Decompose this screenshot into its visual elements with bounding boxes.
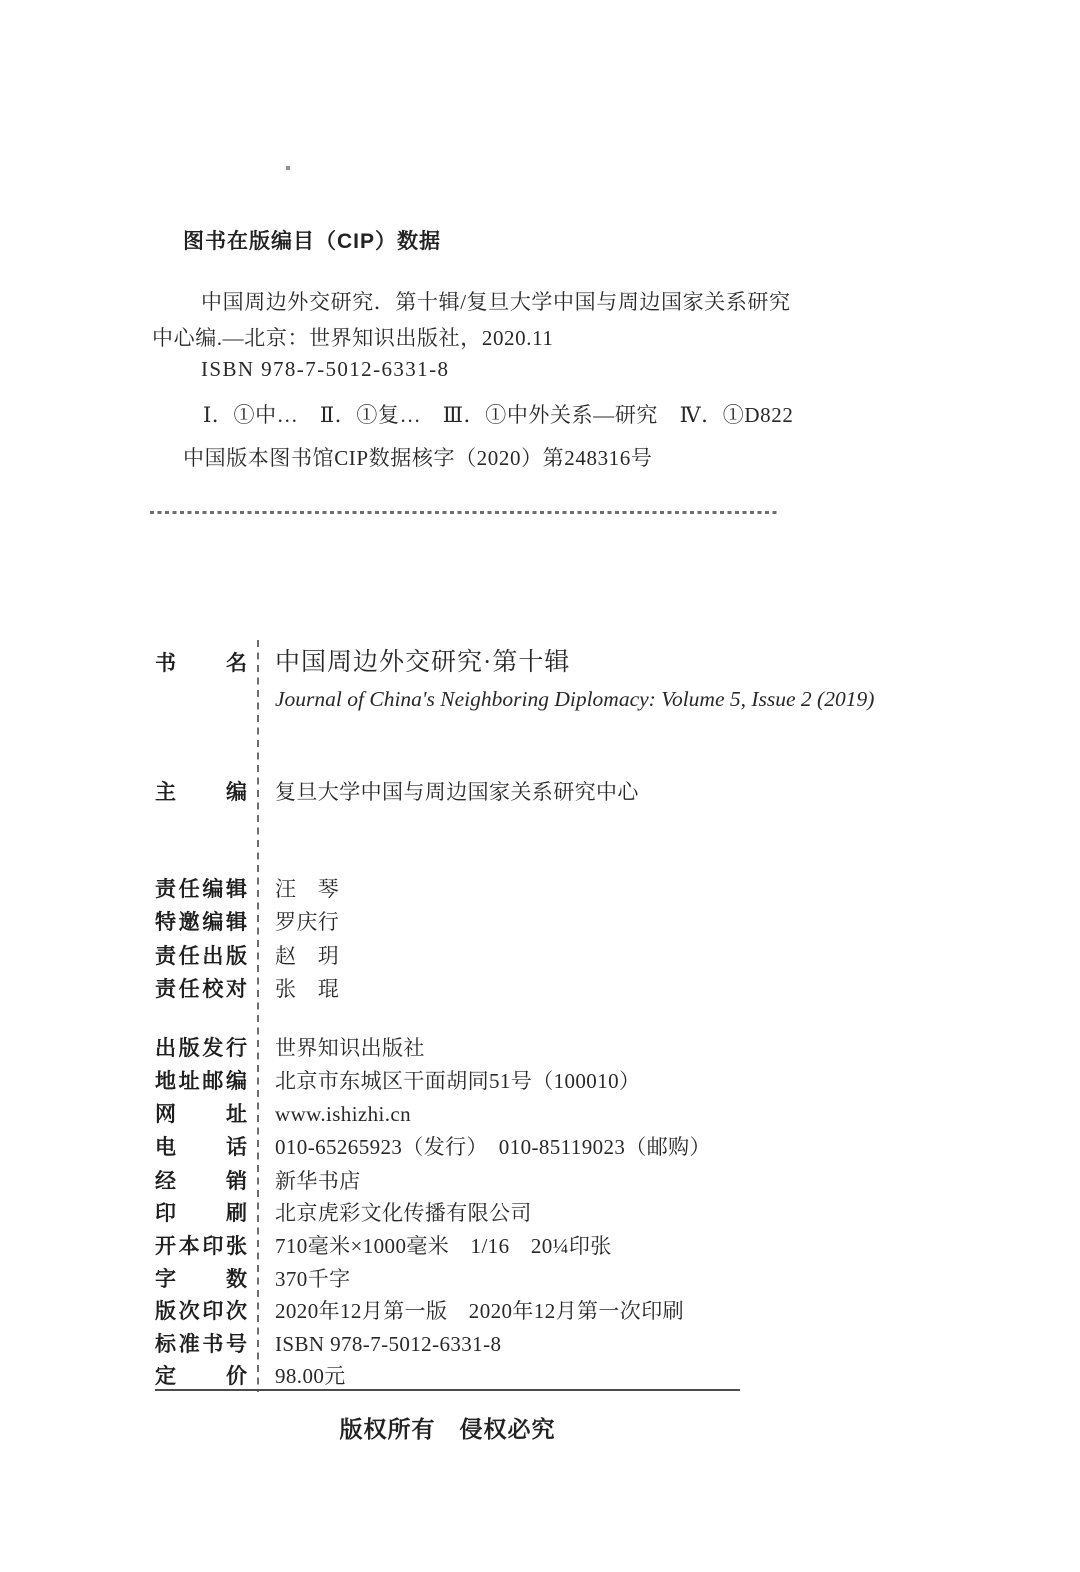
publishing-row: 开本印张 710毫米×1000毫米 1/16 20¼印张 — [155, 1230, 612, 1260]
publishing-row: 标准书号 ISBN 978-7-5012-6331-8 — [155, 1328, 501, 1358]
staff-row-label: 责任校对 — [155, 973, 247, 1003]
publishing-row-label: 开本印张 — [155, 1230, 247, 1260]
publishing-row-label: 版次印次 — [155, 1295, 247, 1325]
staff-row-value: 汪 琴 — [275, 873, 339, 903]
publishing-row: 出版发行 世界知识出版社 — [155, 1032, 425, 1062]
publishing-row: 经 销 新华书店 — [155, 1165, 361, 1195]
dashed-divider — [150, 511, 780, 514]
publishing-row-label: 网 址 — [155, 1098, 247, 1128]
publishing-row: 地址邮编 北京市东城区干面胡同51号（100010） — [155, 1065, 640, 1095]
copyright-notice: 版权所有 侵权必究 — [155, 1411, 740, 1444]
publishing-row: 字 数 370千字 — [155, 1263, 351, 1293]
staff-row-value: 罗庆行 — [275, 906, 339, 936]
publishing-row: 电 话 010-65265923（发行） 010-85119023（邮购） — [155, 1131, 711, 1161]
publishing-row-value: 新华书店 — [275, 1165, 361, 1195]
publishing-row-value: 370千字 — [275, 1263, 351, 1293]
publishing-row-label: 字 数 — [155, 1263, 247, 1293]
publishing-row: 网 址 www.ishizhi.cn — [155, 1098, 411, 1128]
staff-row-label: 责任编辑 — [155, 873, 247, 903]
cip-entry-line1: 中国周边外交研究．第十辑/复旦大学中国与周边国家关系研究 — [201, 286, 791, 316]
cip-heading: 图书在版编目（CIP）数据 — [183, 225, 441, 255]
publishing-row-label: 定 价 — [155, 1360, 247, 1390]
chief-editor-row: 主 编 复旦大学中国与周边国家关系研究中心 — [155, 776, 639, 806]
staff-row-value: 赵 玥 — [275, 940, 339, 970]
publishing-row-value: 98.00元 — [275, 1360, 346, 1390]
staff-row-value: 张 琨 — [275, 973, 339, 1003]
book-title-row: 书 名 中国周边外交研究·第十辑 — [155, 642, 570, 678]
publishing-row-value: 世界知识出版社 — [275, 1032, 425, 1062]
cip-entry-line2: 中心编.—北京：世界知识出版社，2020.11 — [152, 322, 554, 352]
cip-isbn-line: ISBN 978-7-5012-6331-8 — [201, 357, 449, 382]
publishing-row-label: 电 话 — [155, 1131, 247, 1161]
publishing-row-value: 2020年12月第一版 2020年12月第一次印刷 — [275, 1295, 684, 1325]
publishing-row-value: ISBN 978-7-5012-6331-8 — [275, 1332, 501, 1357]
book-title-english: Journal of China's Neighboring Diplomacy… — [275, 687, 874, 712]
staff-row: 责任校对 张 琨 — [155, 973, 339, 1003]
copyright-page: 图书在版编目（CIP）数据 中国周边外交研究．第十辑/复旦大学中国与周边国家关系… — [0, 0, 1080, 1572]
publishing-row-label: 经 销 — [155, 1165, 247, 1195]
publishing-row: 印 刷 北京虎彩文化传播有限公司 — [155, 1197, 532, 1227]
publishing-row-value: www.ishizhi.cn — [275, 1102, 411, 1127]
publishing-row-value: 北京市东城区干面胡同51号（100010） — [275, 1065, 640, 1095]
publishing-row-label: 出版发行 — [155, 1032, 247, 1062]
chief-editor-label: 主 编 — [155, 776, 247, 806]
publishing-row-label: 地址邮编 — [155, 1065, 247, 1095]
chief-editor-value: 复旦大学中国与周边国家关系研究中心 — [275, 776, 639, 806]
publishing-row-label: 标准书号 — [155, 1328, 247, 1358]
print-speck-dot — [286, 166, 290, 170]
cip-classification-line: Ⅰ．①中… Ⅱ．①复… Ⅲ．①中外关系—研究 Ⅳ．①D822 — [203, 399, 793, 429]
staff-row: 责任编辑 汪 琴 — [155, 873, 339, 903]
publishing-row-value: 北京虎彩文化传播有限公司 — [275, 1197, 532, 1227]
book-title-label: 书 名 — [155, 647, 247, 677]
publishing-row-value: 010-65265923（发行） 010-85119023（邮购） — [275, 1131, 711, 1161]
staff-row-label: 责任出版 — [155, 940, 247, 970]
publishing-row-label: 印 刷 — [155, 1197, 247, 1227]
staff-row: 特邀编辑 罗庆行 — [155, 906, 339, 936]
book-title-value: 中国周边外交研究·第十辑 — [275, 642, 570, 678]
staff-row-label: 特邀编辑 — [155, 906, 247, 936]
publishing-row: 定 价 98.00元 — [155, 1360, 346, 1390]
staff-row: 责任出版 赵 玥 — [155, 940, 339, 970]
publishing-row: 版次印次 2020年12月第一版 2020年12月第一次印刷 — [155, 1295, 684, 1325]
publishing-row-value: 710毫米×1000毫米 1/16 20¼印张 — [275, 1230, 612, 1260]
cip-registry-line: 中国版本图书馆CIP数据核字（2020）第248316号 — [183, 442, 652, 472]
footer-rule — [155, 1389, 740, 1391]
